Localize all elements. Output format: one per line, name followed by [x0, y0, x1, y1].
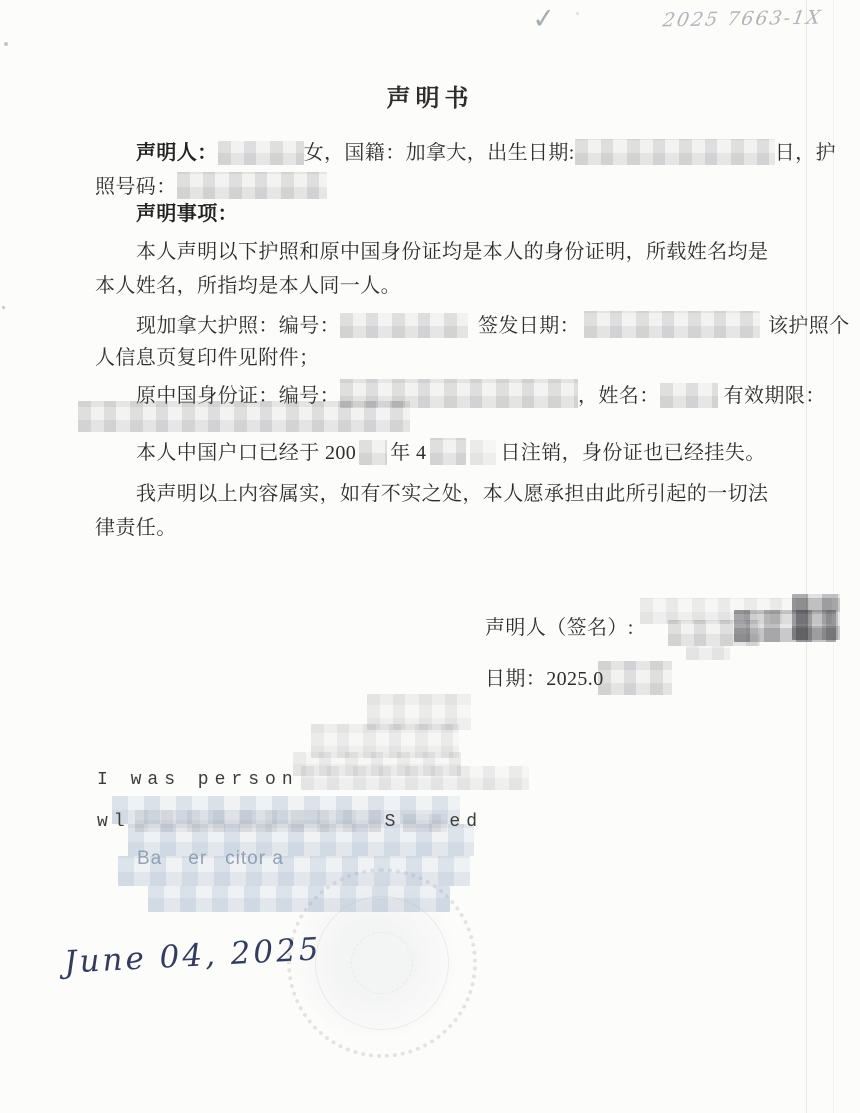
passport-paragraph-line-2: 人信息页复印件见附件；	[95, 345, 319, 371]
stamp-text: Baercitor a	[137, 848, 284, 870]
stamp-fragment-3: citor a	[225, 848, 284, 869]
redacted-validity-period	[78, 401, 410, 432]
date-label: 日期：2025.0	[485, 668, 604, 690]
notary-line2-frag2: ed	[449, 812, 483, 832]
redacted-notary-signature	[293, 694, 473, 776]
issue-date-label: 签发日期：	[478, 315, 580, 337]
id-validity-label: 有效期限：	[724, 385, 826, 407]
redacted-cancel-year	[359, 440, 387, 465]
redacted-cancel-month	[430, 438, 466, 465]
redacted-notary-text	[403, 814, 447, 832]
truth-paragraph-line-2: 律责任。	[95, 515, 177, 541]
identity-paragraph-line-1: 本人声明以下护照和原中国身份证均是本人的身份证明，所载姓名均是	[136, 239, 768, 265]
passport-paragraph-line-1: 现加拿大护照：编号：签发日期：该护照个	[136, 311, 850, 339]
scan-line	[806, 0, 807, 1113]
declarant-line-2: 照号码：	[95, 172, 327, 200]
notary-typed-line-2: wlSed	[97, 810, 483, 832]
passport-number-label: 照号码：	[95, 176, 177, 198]
scan-line	[833, 0, 834, 1113]
redacted-passport-number	[177, 172, 327, 199]
scan-speck	[2, 306, 5, 309]
document-title: 声明书	[0, 86, 860, 112]
signature-label: 声明人（签名）:	[485, 615, 634, 641]
notary-seal	[287, 868, 477, 1058]
redacted-declarant-name	[218, 141, 304, 165]
stamp-fragment-1: Ba	[137, 848, 162, 869]
stamp-fragment-2: er	[188, 848, 207, 869]
passport-tail: 该护照个	[768, 315, 850, 337]
section-heading: 声明事项：	[136, 201, 238, 227]
redacted-id-name	[660, 383, 718, 408]
declarant-info: 女，国籍：加拿大，出生日期:	[304, 142, 575, 164]
hukou-tail: 日注销，身份证也已经挂失。	[500, 442, 765, 464]
redacted-signature	[630, 594, 840, 664]
handwritten-checkmark: ✓	[531, 1, 557, 36]
identity-paragraph-line-2: 本人姓名，所指均是本人同一人。	[95, 273, 401, 299]
hukou-paragraph: 本人中国户口已经于 200年 4日注销，身份证也已经挂失。	[136, 438, 766, 466]
hukou-mid: 年 4	[390, 442, 426, 464]
scan-speck	[4, 42, 8, 46]
file-number-annotation: 2025 7663-1X	[661, 7, 824, 32]
handwritten-date: June 04, 2025	[63, 931, 322, 980]
redacted-passport-no	[340, 313, 468, 338]
scanned-declaration-document: ✓ 2025 7663-1X 声明书 声明人：女，国籍：加拿大，出生日期:日，护…	[0, 0, 860, 1113]
redacted-birth-date	[575, 139, 775, 165]
date-line: 日期：2025.0	[485, 661, 672, 695]
redacted-issue-date	[584, 311, 760, 338]
redacted-signature-part	[668, 620, 760, 646]
notary-line1-text: I was person	[97, 770, 299, 790]
pen-dot	[576, 12, 579, 15]
declarant-label: 声明人：	[95, 142, 218, 164]
notary-line2-start: wl	[97, 812, 131, 832]
passport-lead: 现加拿大护照：编号：	[136, 315, 340, 337]
redacted-signature-part	[792, 594, 840, 640]
redacted-signature-part	[686, 646, 730, 660]
redacted-date-suffix	[598, 661, 672, 695]
truth-paragraph-line-1: 我声明以上内容属实，如有不实之处，本人愿承担由此所引起的一切法	[136, 481, 768, 507]
notary-typed-line-1: I was person	[97, 766, 529, 790]
redacted-cancel-day	[470, 440, 496, 465]
notary-line2-frag1: S	[385, 812, 402, 832]
redacted-notary-text	[135, 810, 381, 832]
hukou-lead: 本人中国户口已经于 200	[136, 442, 356, 464]
redacted-notary-text	[301, 766, 529, 790]
id-name-label: ，姓名：	[578, 385, 660, 407]
declarant-line-1: 声明人：女，国籍：加拿大，出生日期:日，护	[95, 139, 836, 166]
